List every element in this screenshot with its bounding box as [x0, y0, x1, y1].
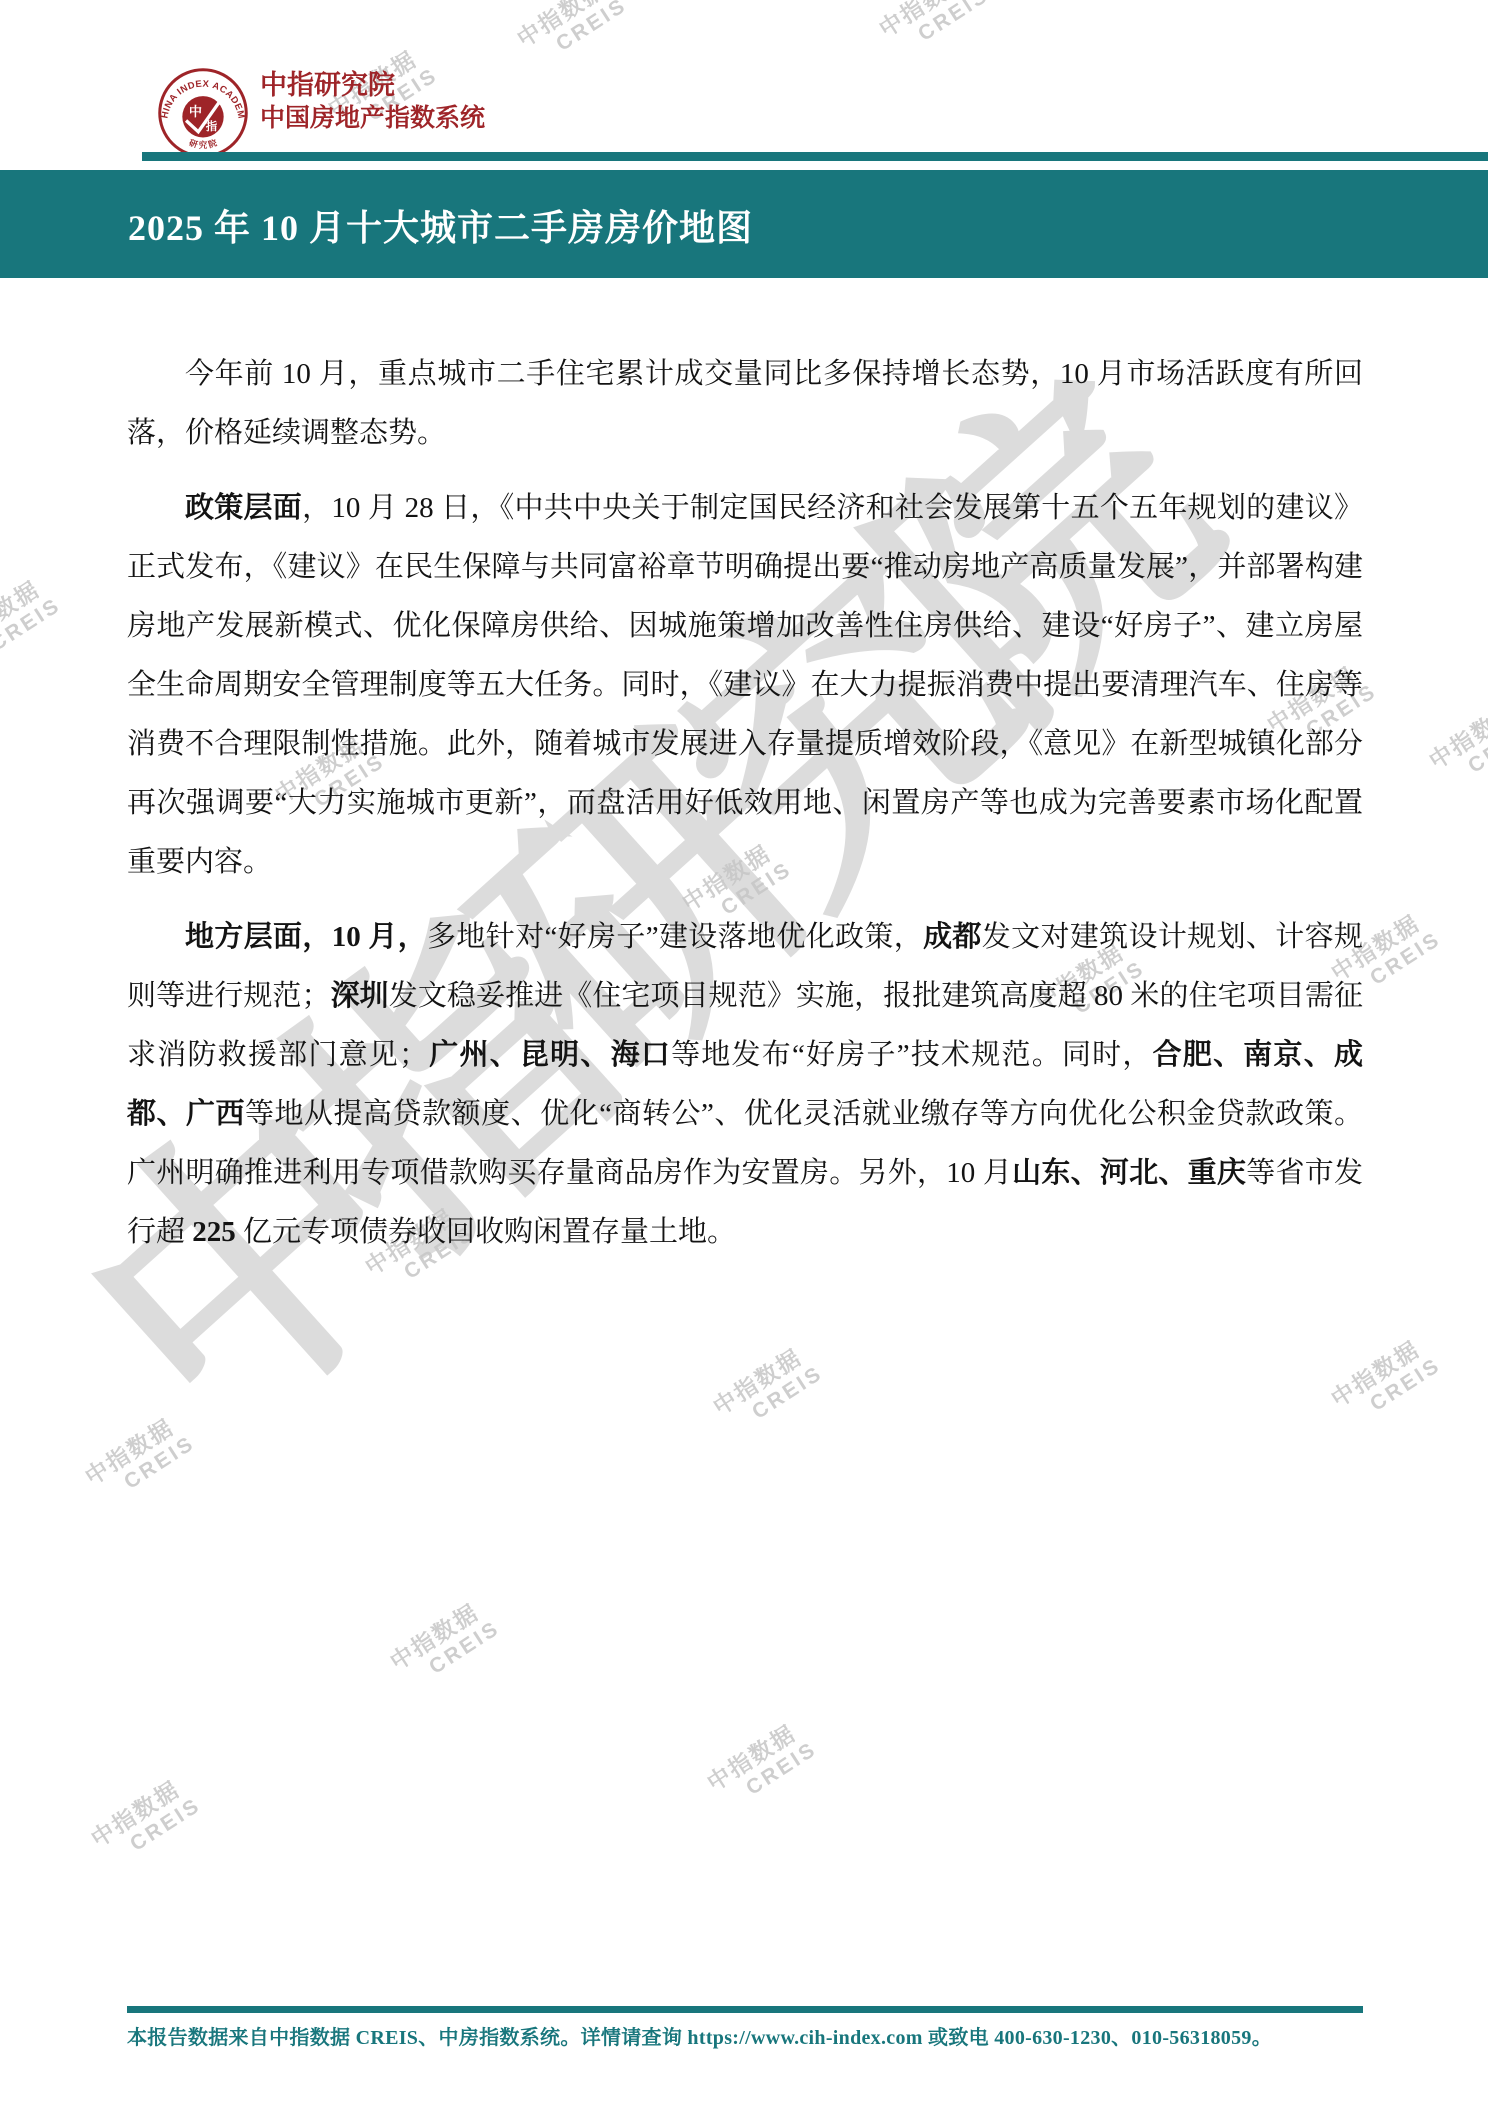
text-run: 225 [192, 1216, 236, 1248]
svg-text:中: 中 [189, 103, 202, 119]
paragraph-policy-local: 地方层面，10 月，多地针对“好房子”建设落地优化政策，成都发文对建筑设计规划、… [127, 908, 1363, 1262]
china-index-academy-logo-icon: CHINA INDEX ACADEMY 中 指 研 究 院 [156, 66, 250, 160]
report-page: 中指研究院 中指数据CREIS中指数据CREIS中指数据CREIS中指数据CRE… [0, 0, 1488, 2104]
text-run: 广州、昆明、海口 [428, 1039, 671, 1071]
text-run: 成都 [923, 921, 982, 953]
page-title: 2025 年 10 月十大城市二手房房价地图 [0, 170, 1488, 251]
paragraph-policy-national: 政策层面，10 月 28 日，《中共中央关于制定国民经济和社会发展第十五个五年规… [127, 479, 1363, 892]
brand-line-1: 中指研究院 [260, 68, 485, 102]
text-run: 亿元专项债券收回收购闲置存量土地。 [236, 1216, 736, 1248]
text-run: ，10 月 28 日，《中共中央关于制定国民经济和社会发展第十五个五年规划的建议… [127, 492, 1363, 878]
text-run: 今年前 10 月，重点城市二手住宅累计成交量同比多保持增长态势，10 月市场活跃… [127, 358, 1363, 449]
footer-divider [127, 2006, 1363, 2013]
footer-note: 本报告数据来自中指数据 CREIS、中房指数系统。详情请查询 https://w… [127, 2021, 1417, 2050]
title-banner: 2025 年 10 月十大城市二手房房价地图 [0, 170, 1488, 278]
text-run: 等地发布“好房子”技术规范。同时， [671, 1039, 1153, 1071]
text-run: 地方层面，10 月， [185, 921, 427, 953]
svg-text:指: 指 [205, 119, 218, 133]
text-run: 多地针对“好房子”建设落地优化政策， [427, 921, 923, 953]
report-body: 今年前 10 月，重点城市二手住宅累计成交量同比多保持增长态势，10 月市场活跃… [127, 345, 1363, 1278]
header-divider [142, 152, 1488, 161]
brand-line-2: 中国房地产指数系统 [260, 102, 485, 134]
text-run: 山东、河北、重庆 [1012, 1157, 1246, 1189]
text-run: 政策层面 [185, 492, 302, 524]
text-run: 深圳 [331, 980, 389, 1012]
brand-text: 中指研究院 中国房地产指数系统 [260, 68, 485, 134]
paragraph-overview: 今年前 10 月，重点城市二手住宅累计成交量同比多保持增长态势，10 月市场活跃… [127, 345, 1363, 463]
